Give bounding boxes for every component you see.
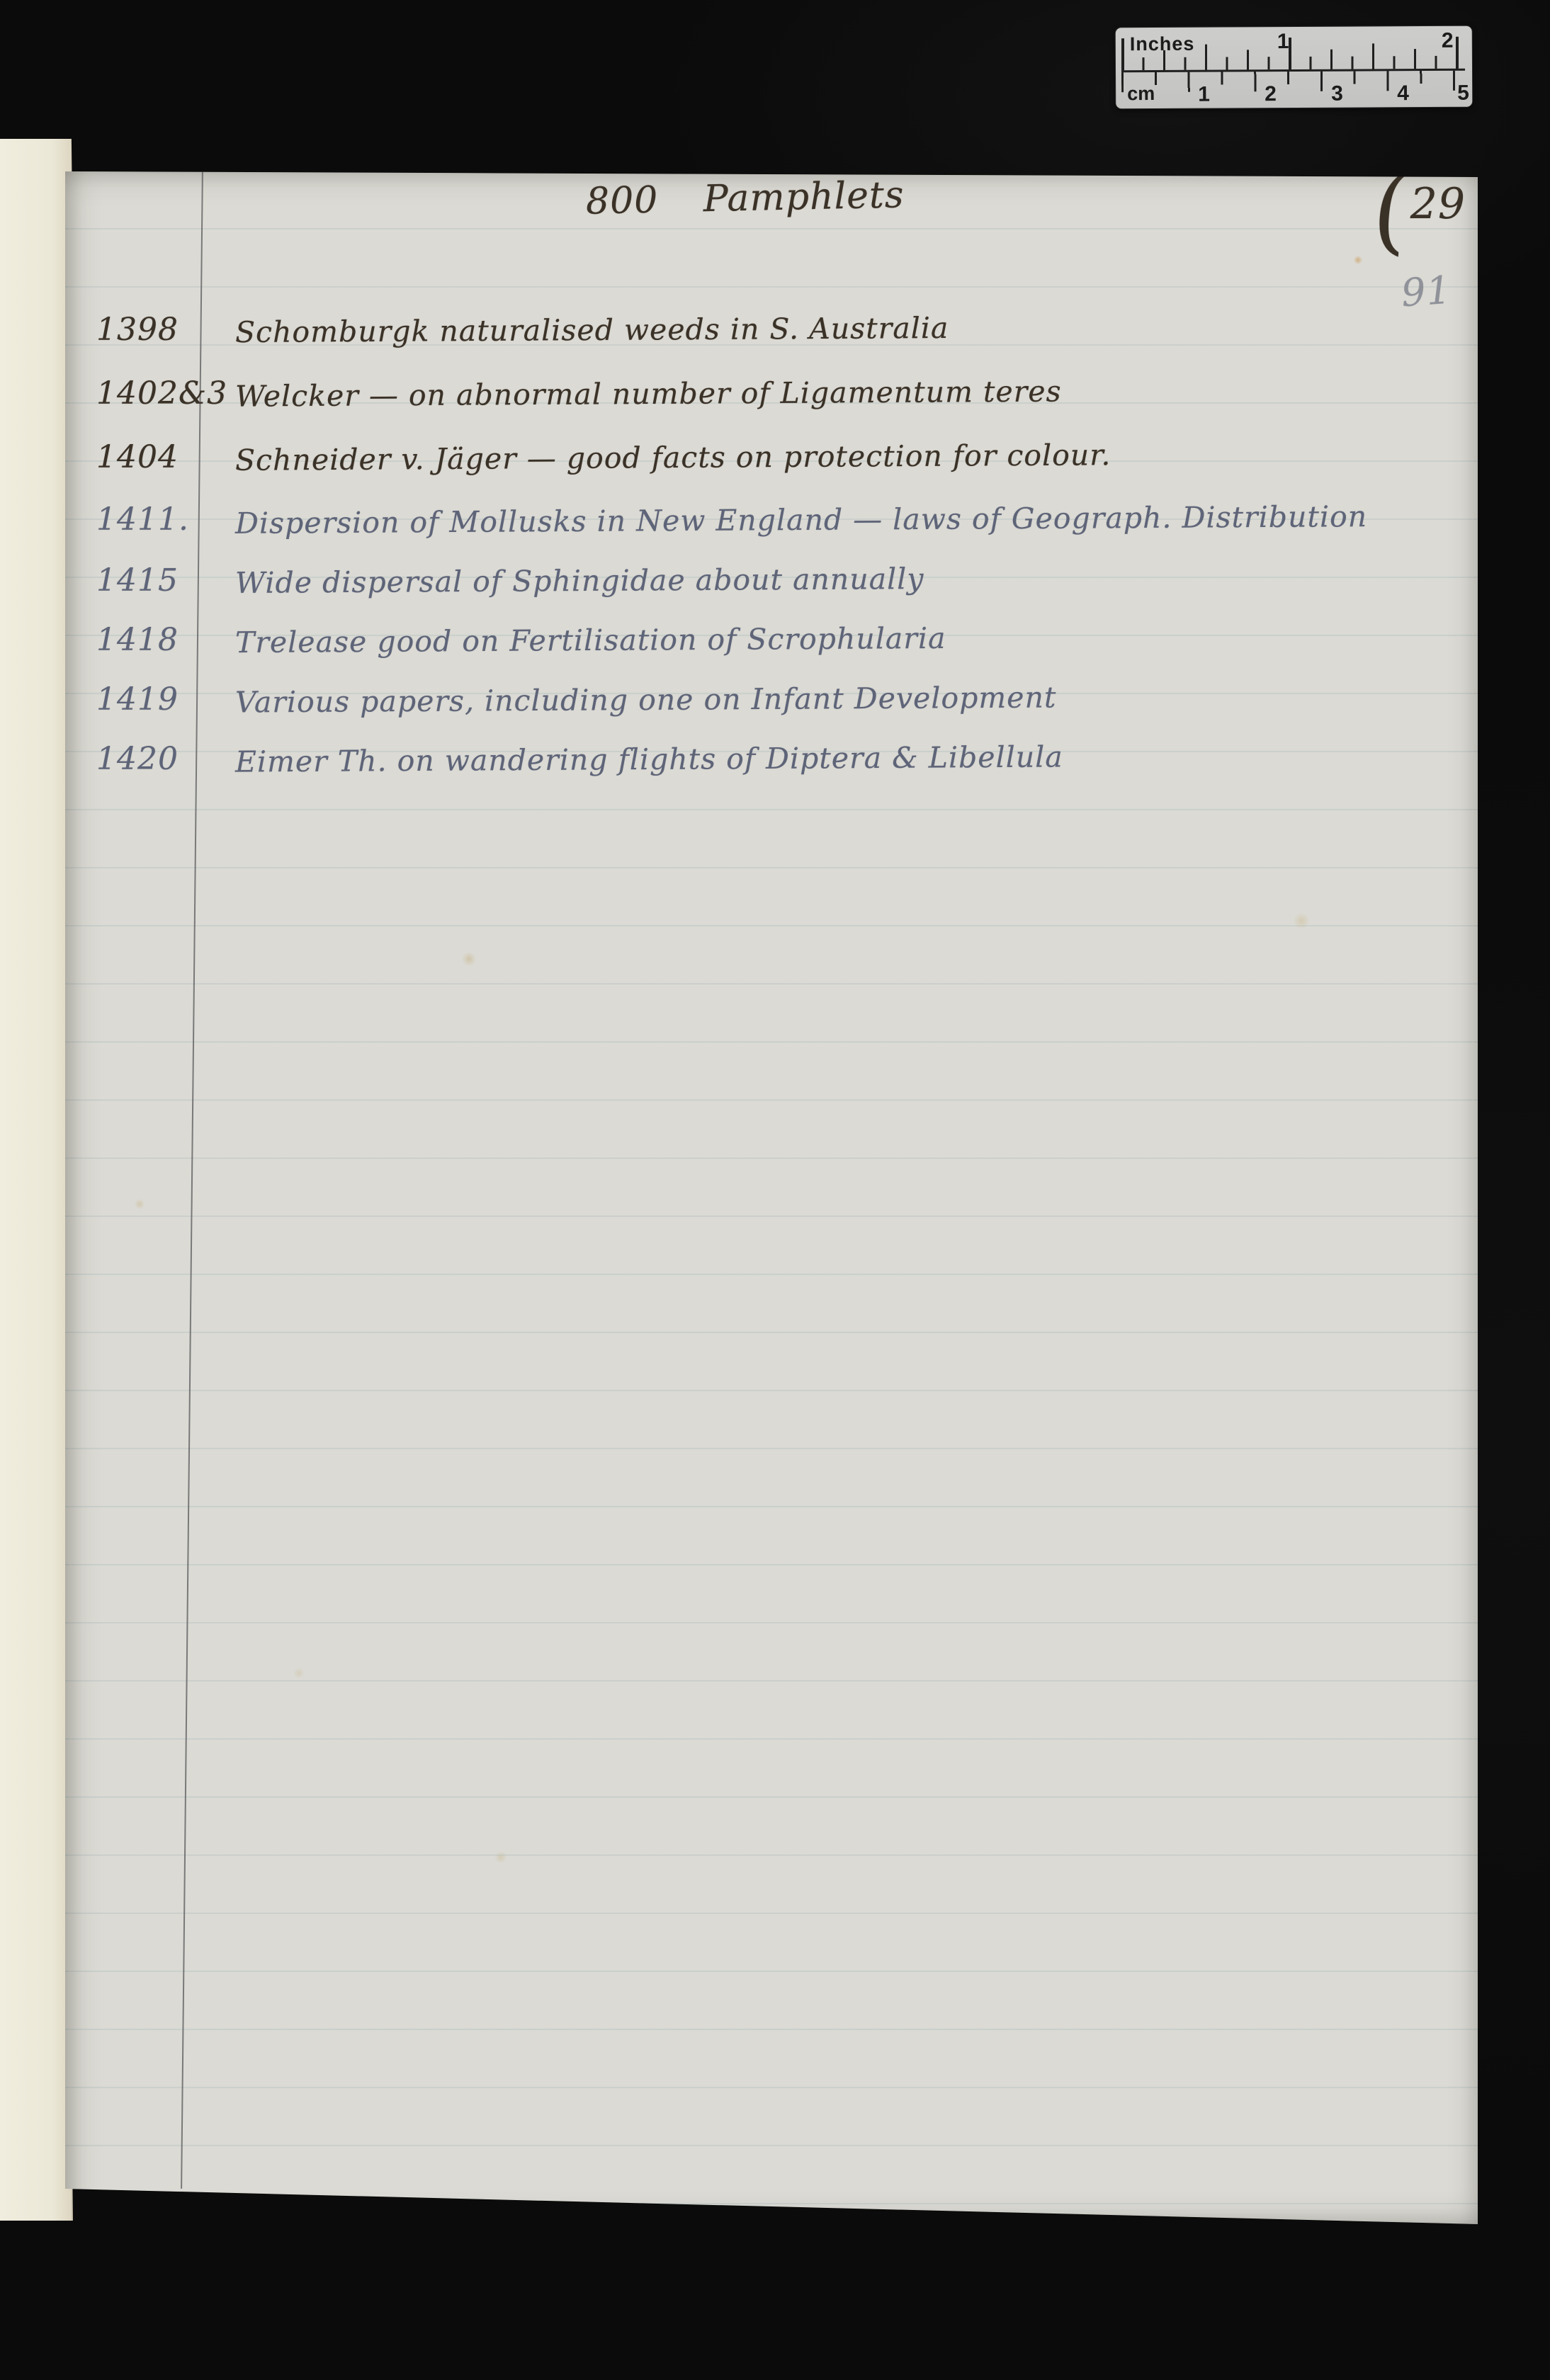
page-number-bracket: ( 29: [1372, 176, 1466, 247]
inch-tick-label: 1: [1277, 30, 1289, 54]
cm-tick-label: 2: [1265, 82, 1277, 106]
table-row: 1398 Schomburgk naturalised weeds in S. …: [65, 312, 1478, 361]
entry-number: 1404: [96, 439, 217, 475]
bracket-glyph: (: [1369, 174, 1413, 249]
entry-number: 1398: [96, 312, 217, 348]
inch-tick-label: 2: [1442, 29, 1454, 53]
entry-number: 1420: [96, 741, 217, 777]
table-row: 1404 Schneider v. Jäger — good facts on …: [65, 439, 1478, 489]
manuscript-page: 800 Pamphlets ( 29 91 1398 Schomburgk na…: [65, 171, 1478, 2226]
table-row: 1418 Trelease good on Fertilisation of S…: [65, 622, 1478, 671]
flyleaf-page-edge: [0, 139, 74, 2221]
table-row: 1411. Dispersion of Mollusks in New Engl…: [65, 501, 1478, 551]
cm-tick-marks: [1121, 71, 1465, 93]
entry-text: Wide dispersal of Sphingidae about annua…: [235, 562, 924, 600]
entry-number: 1419: [96, 681, 217, 718]
entry-text: Welcker — on abnormal number of Ligament…: [235, 374, 1062, 413]
entry-text: Schomburgk naturalised weeds in S. Austr…: [235, 311, 949, 349]
cm-tick-label: 1: [1198, 83, 1210, 107]
table-row: 1420 Eimer Th. on wandering flights of D…: [65, 741, 1478, 790]
cm-unit-label: cm: [1127, 83, 1155, 105]
page-title: 800 Pamphlets: [585, 174, 905, 222]
folio-number-pencil: 91: [1400, 268, 1453, 316]
entry-text: Trelease good on Fertilisation of Scroph…: [235, 621, 946, 659]
entry-text: Dispersion of Mollusks in New England — …: [235, 499, 1367, 540]
table-row: 1419 Various papers, including one on In…: [65, 681, 1478, 731]
inches-unit-label: Inches: [1130, 33, 1195, 55]
entry-number: 1415: [96, 562, 217, 599]
cm-tick-label: 3: [1331, 82, 1343, 106]
cm-tick-label: 4: [1397, 81, 1409, 106]
entry-number: 1402&3: [96, 375, 217, 412]
entry-text: Various papers, including one on Infant …: [235, 680, 1057, 719]
entry-text: Schneider v. Jäger — good facts on prote…: [235, 438, 1111, 477]
reference-ruler: Inches cm 1 2 1 2 3 4 5: [1116, 26, 1473, 109]
entry-number: 1418: [96, 622, 217, 658]
page-number: 29: [1410, 183, 1466, 225]
cm-tick-label: 5: [1457, 81, 1469, 106]
table-row: 1415 Wide dispersal of Sphingidae about …: [65, 562, 1478, 612]
entry-number: 1411.: [96, 501, 217, 538]
entry-text: Eimer Th. on wandering flights of Dipter…: [235, 739, 1063, 778]
table-row: 1402&3 Welcker — on abnormal number of L…: [65, 375, 1478, 425]
